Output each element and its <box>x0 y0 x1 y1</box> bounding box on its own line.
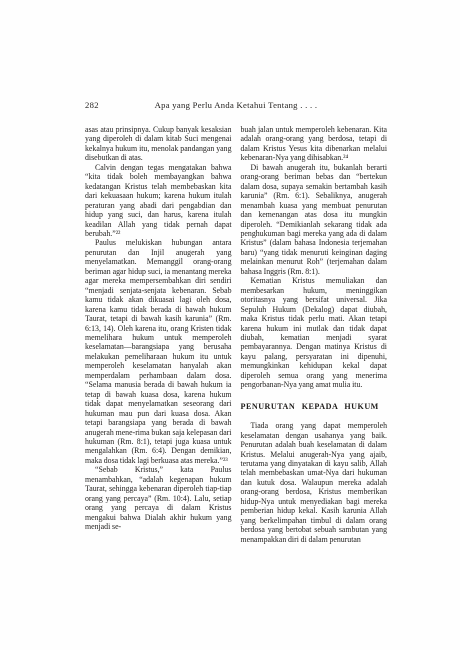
paragraph: asas atau prinsipnya. Cukup banyak kesak… <box>85 125 232 163</box>
text-columns: asas atau prinsipnya. Cukup banyak kesak… <box>85 125 387 544</box>
page-number: 282 <box>85 100 99 110</box>
right-column: buah jalan untuk memperoleh kebenaran. K… <box>241 125 388 544</box>
paragraph: Calvin dengan tegas mengatakan bahwa “ki… <box>85 163 232 239</box>
paragraph: buah jalan untuk memperoleh kebenaran. K… <box>241 125 388 163</box>
running-title: Apa yang Perlu Anda Ketahui Tentang . . … <box>85 100 387 110</box>
left-column: asas atau prinsipnya. Cukup banyak kesak… <box>85 125 232 544</box>
running-head: 282 Apa yang Perlu Anda Ketahui Tentang … <box>85 100 387 114</box>
paragraph: Tiada orang yang dapat memperoleh kesela… <box>241 421 388 544</box>
book-page: 282 Apa yang Perlu Anda Ketahui Tentang … <box>0 0 460 650</box>
paragraph: “Sebab Kristus,” kata Paulus menambahkan… <box>85 465 232 531</box>
paragraph: Di bawah anugerah itu, bukanlah berarti … <box>241 163 388 276</box>
section-heading: PENURUTAN KEPADA HUKUM <box>241 402 388 411</box>
paragraph: Paulus melukiskan hubungan antara penuru… <box>85 238 232 465</box>
paragraph: Kematian Kristus memuliakan dan membesar… <box>241 276 388 389</box>
